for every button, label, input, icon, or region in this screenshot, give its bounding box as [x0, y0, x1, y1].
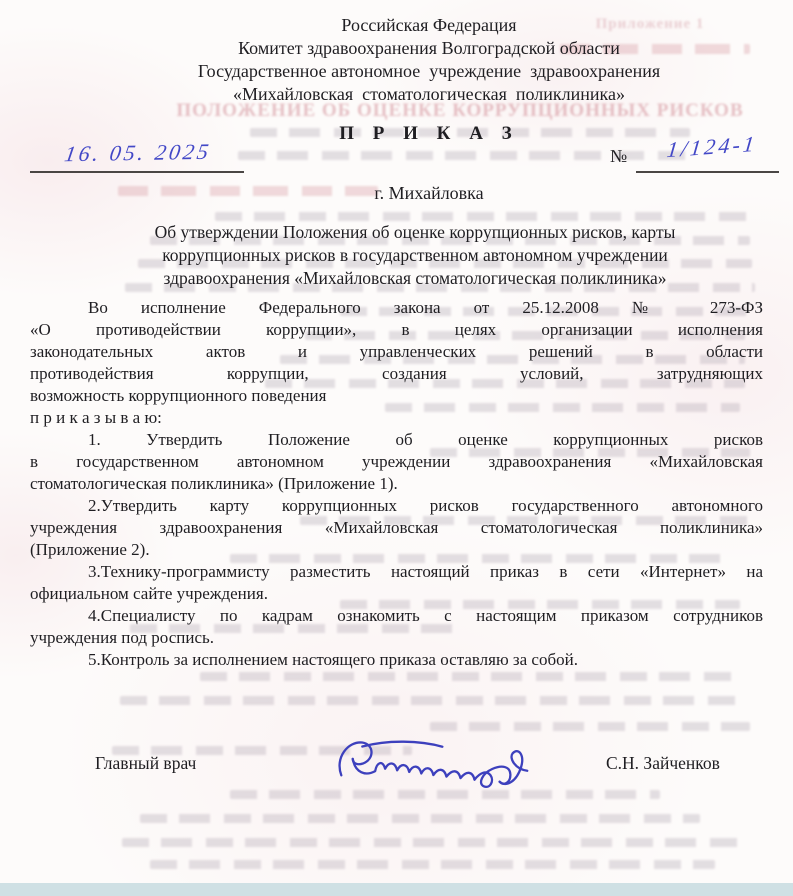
order-item-1: 1. Утвердить Положение об оценке коррупц… — [30, 429, 763, 451]
header-line-country: Российская Федерация — [64, 14, 793, 37]
decree-word: п р и к а з ы в а ю: — [30, 407, 763, 429]
order-item-2: 2.Утвердить карту коррупционных рисков г… — [30, 495, 763, 517]
header-line-committee: Комитет здравоохранения Волгоградской об… — [64, 37, 793, 60]
body-line: противодействия коррупции, создания усло… — [30, 363, 763, 385]
signer-name: С.Н. Зайченков — [606, 753, 720, 774]
order-item-2: (Приложение 2). — [30, 539, 763, 561]
order-body: Во исполнение Федерального закона от 25.… — [30, 297, 763, 671]
body-line: Во исполнение Федерального закона от 25.… — [30, 297, 763, 319]
handwritten-date: 16. 05. 2025 — [36, 138, 241, 167]
signer-position: Главный врач — [95, 753, 196, 774]
bleedthrough-line — [215, 212, 755, 221]
order-item-1: стоматологическая поликлиника» (Приложен… — [30, 473, 763, 495]
title-line: коррупционных рисков в государственном а… — [100, 244, 730, 267]
order-item-2: учреждения здравоохранения «Михайловская… — [30, 517, 763, 539]
bleedthrough-line — [120, 696, 740, 705]
order-item-3: 3.Технику-программисту разместить настоя… — [30, 561, 763, 583]
order-title: Об утверждении Положения об оценке корру… — [100, 221, 730, 290]
order-item-1: в государственном автономном учреждении … — [30, 451, 763, 473]
bleedthrough-line — [122, 838, 742, 847]
body-line: законодательных актов и управленческих р… — [30, 341, 763, 363]
order-item-3: официальном сайте учреждения. — [30, 583, 763, 605]
document-header: Российская ФедерацияКомитет здравоохране… — [64, 14, 793, 106]
document-scan: Приложение 1 ПОЛОЖЕНИЕ ОБ ОЦЕНКЕ КОРРУПЦ… — [0, 0, 793, 896]
order-item-5: 5.Контроль за исполнением настоящего при… — [30, 649, 763, 671]
city-line: г. Михайловка — [64, 183, 793, 204]
order-item-4: учреждения под роспись. — [30, 627, 763, 649]
title-line: здравоохранения «Михайловская стоматолог… — [100, 267, 730, 290]
bleedthrough-line — [200, 672, 740, 681]
scan-edge-strip — [0, 883, 793, 896]
title-line: Об утверждении Положения об оценке корру… — [100, 221, 730, 244]
body-line: «О противодействии коррупции», в целях о… — [30, 319, 763, 341]
header-line-clinic: «Михайловская стоматологическая поликлин… — [64, 83, 793, 106]
handwritten-signature — [325, 730, 545, 800]
number-sign: № — [610, 146, 627, 167]
number-underline — [636, 171, 779, 173]
body-line: возможность коррупционного поведения — [30, 385, 763, 407]
header-line-institution: Государственное автономное учреждение зд… — [64, 60, 793, 83]
date-number-row: 16. 05. 2025 № 1/124-1 — [0, 140, 793, 176]
order-item-4: 4.Специалисту по кадрам ознакомить с нас… — [30, 605, 763, 627]
date-underline — [30, 171, 244, 173]
bleedthrough-line — [150, 860, 715, 869]
bleedthrough-line — [140, 814, 700, 823]
